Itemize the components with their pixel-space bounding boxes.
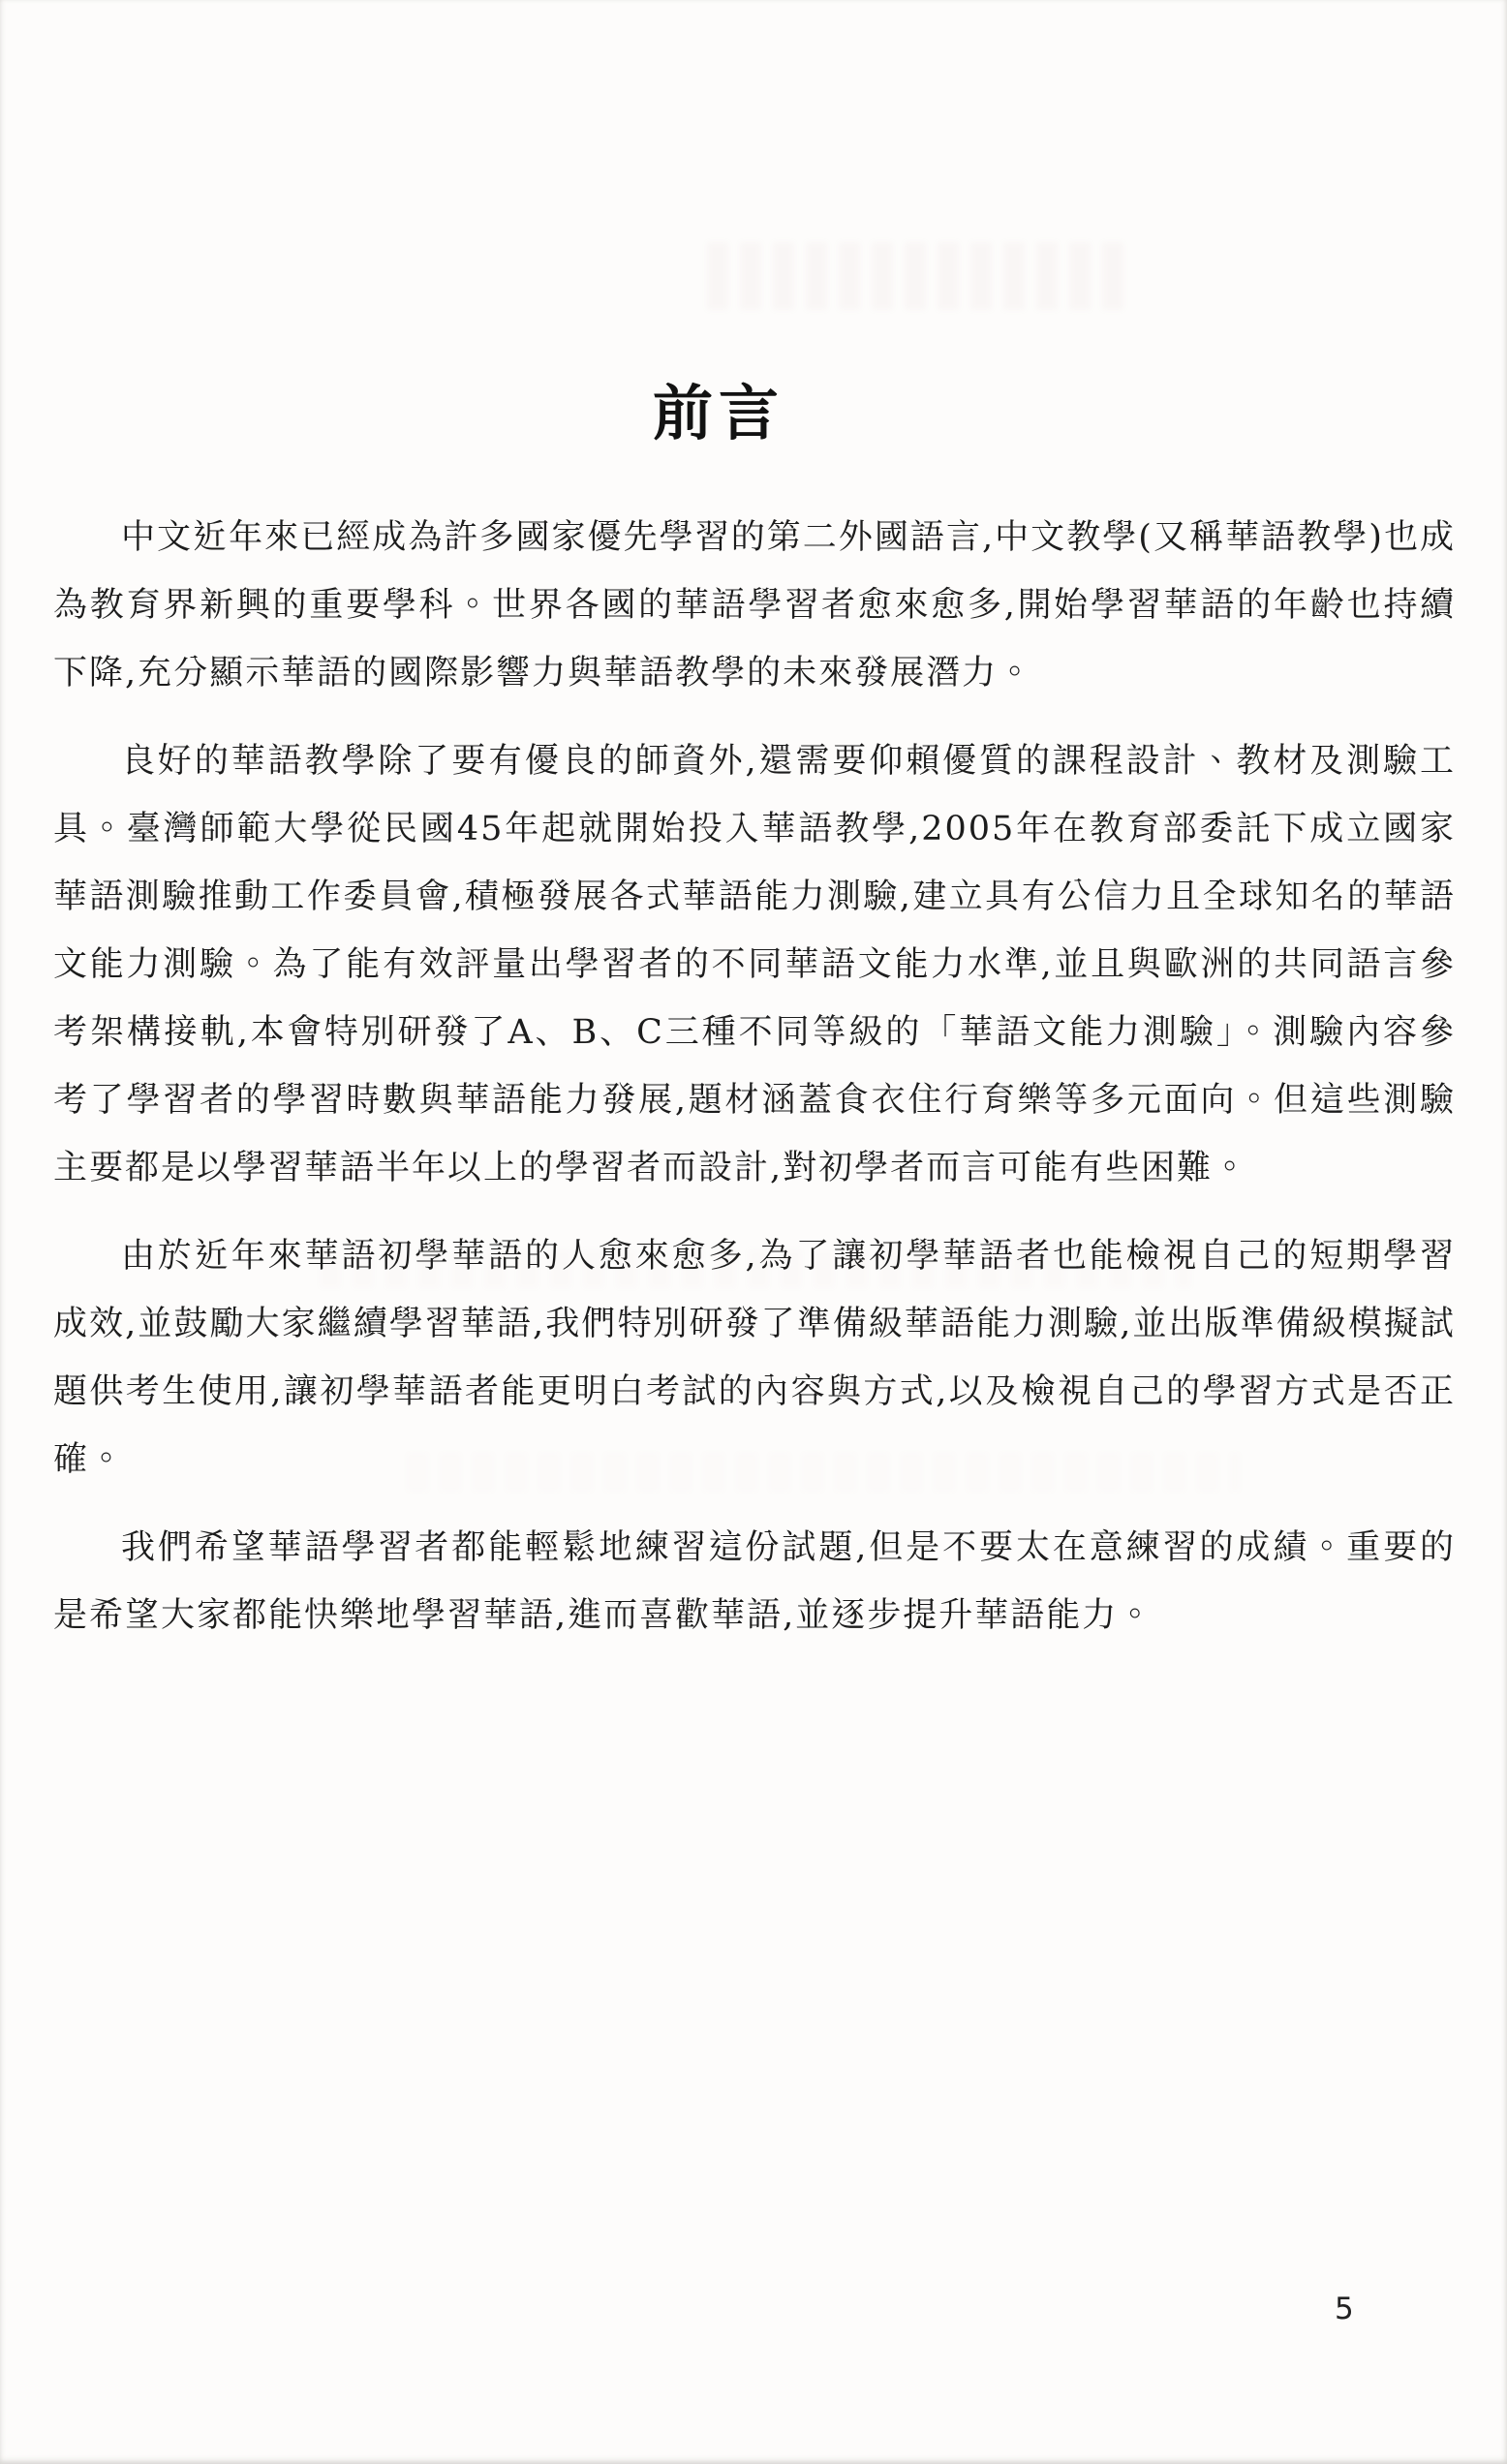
- scanned-document-page: 前言 中文近年來已經成為許多國家優先學習的第二外國語言,中文教學(又稱華語教學)…: [0, 0, 1507, 2464]
- page-number: 5: [1335, 2292, 1354, 2326]
- paragraph-closing-wish: 我們希望華語學習者都能輕鬆地練習這份試題,但是不要太在意練習的成績。重要的是希望…: [53, 1514, 1456, 1649]
- paragraph-test-development: 良好的華語教學除了要有優良的師資外,還需要仰賴優質的課程設計、教材及測驗工具。臺…: [53, 727, 1456, 1202]
- scan-bleed-artifact: [707, 242, 1133, 310]
- page-title: 前言: [0, 384, 1472, 444]
- paragraph-intro-chinese-growth: 中文近年來已經成為許多國家優先學習的第二外國語言,中文教學(又稱華語教學)也成為…: [53, 504, 1456, 707]
- document-body: 中文近年來已經成為許多國家優先學習的第二外國語言,中文教學(又稱華語教學)也成為…: [53, 504, 1456, 1670]
- paragraph-preparatory-level: 由於近年來華語初學華語的人愈來愈多,為了讓初學華語者也能檢視自己的短期學習成效,…: [53, 1222, 1456, 1494]
